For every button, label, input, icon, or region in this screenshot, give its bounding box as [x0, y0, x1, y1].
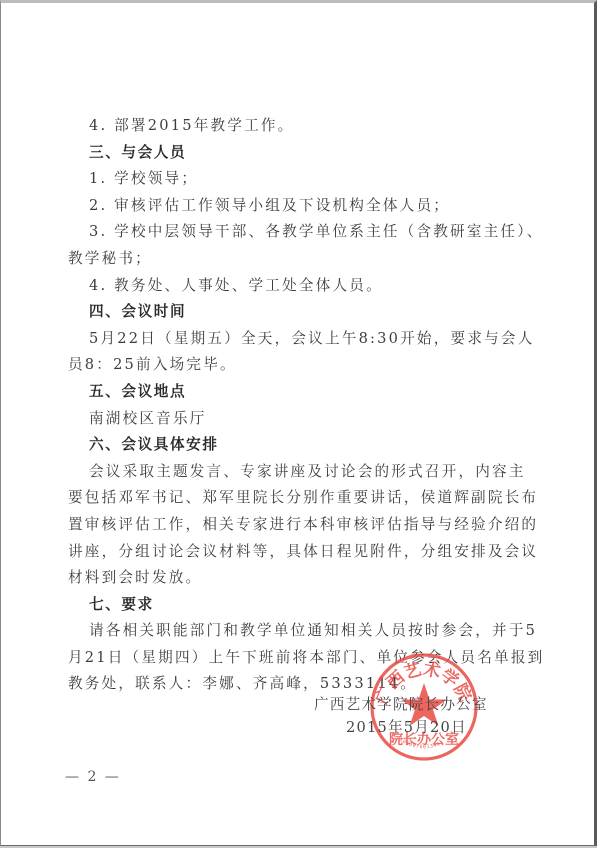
paragraph-continuation: 讲座，分组讨论会议材料等，具体日程见附件，分组安排及会议 — [68, 539, 532, 566]
paragraph-continuation: 员8：25前入场完毕。 — [68, 352, 532, 379]
issue-date: 2015年5月20日 — [314, 716, 524, 739]
list-item: 3. 学校中层领导干部、各教学单位系主任（含教研室主任）、 — [68, 219, 532, 246]
list-item-continuation: 教学秘书； — [68, 246, 532, 273]
section-heading: 三、与会人员 — [68, 140, 532, 167]
paragraph-line: 5月22日（星期五）全天，会议上午8:30开始，要求与会人 — [68, 326, 532, 353]
list-item: 2. 审核评估工作领导小组及下设机构全体人员； — [68, 193, 532, 220]
page-number: — 2 — — [65, 769, 121, 785]
section-heading: 五、会议地点 — [68, 379, 532, 406]
paragraph-continuation: 置审核评估工作，相关专家进行本科审核评估指导与经验介绍的 — [68, 512, 532, 539]
paragraph-continuation: 要包括邓军书记、郑军里院长分别作重要讲话，侯道辉副院长布 — [68, 485, 532, 512]
section-heading: 六、会议具体安排 — [68, 432, 532, 459]
paragraph-continuation: 材料到会时发放。 — [68, 565, 532, 592]
list-item: 4. 教务处、人事处、学工处全体人员。 — [68, 273, 532, 300]
paragraph-line: 南湖校区音乐厅 — [68, 406, 532, 433]
section-heading: 四、会议时间 — [68, 299, 532, 326]
paragraph-continuation: 月21日（星期四）上午下班前将本部门、单位参会人员名单报到 — [68, 645, 532, 672]
paragraph-line: 请各相关职能部门和教学单位通知相关人员按时参会，并于5 — [68, 618, 532, 645]
paragraph-line: 会议采取主题发言、专家讲座及讨论会的形式召开，内容主 — [68, 459, 532, 486]
list-item: 1. 学校领导； — [68, 166, 532, 193]
issuing-organization: 广西艺术学院院长办公室 — [314, 693, 524, 716]
section-heading: 七、要求 — [68, 592, 532, 619]
list-item: 4. 部署2015年教学工作。 — [68, 113, 532, 140]
document-page: 4. 部署2015年教学工作。 三、与会人员 1. 学校领导； 2. 审核评估工… — [0, 0, 597, 848]
signature-block: 广西艺术学院院长办公室 2015年5月20日 — [314, 693, 524, 739]
document-body: 4. 部署2015年教学工作。 三、与会人员 1. 学校领导； 2. 审核评估工… — [68, 113, 532, 698]
